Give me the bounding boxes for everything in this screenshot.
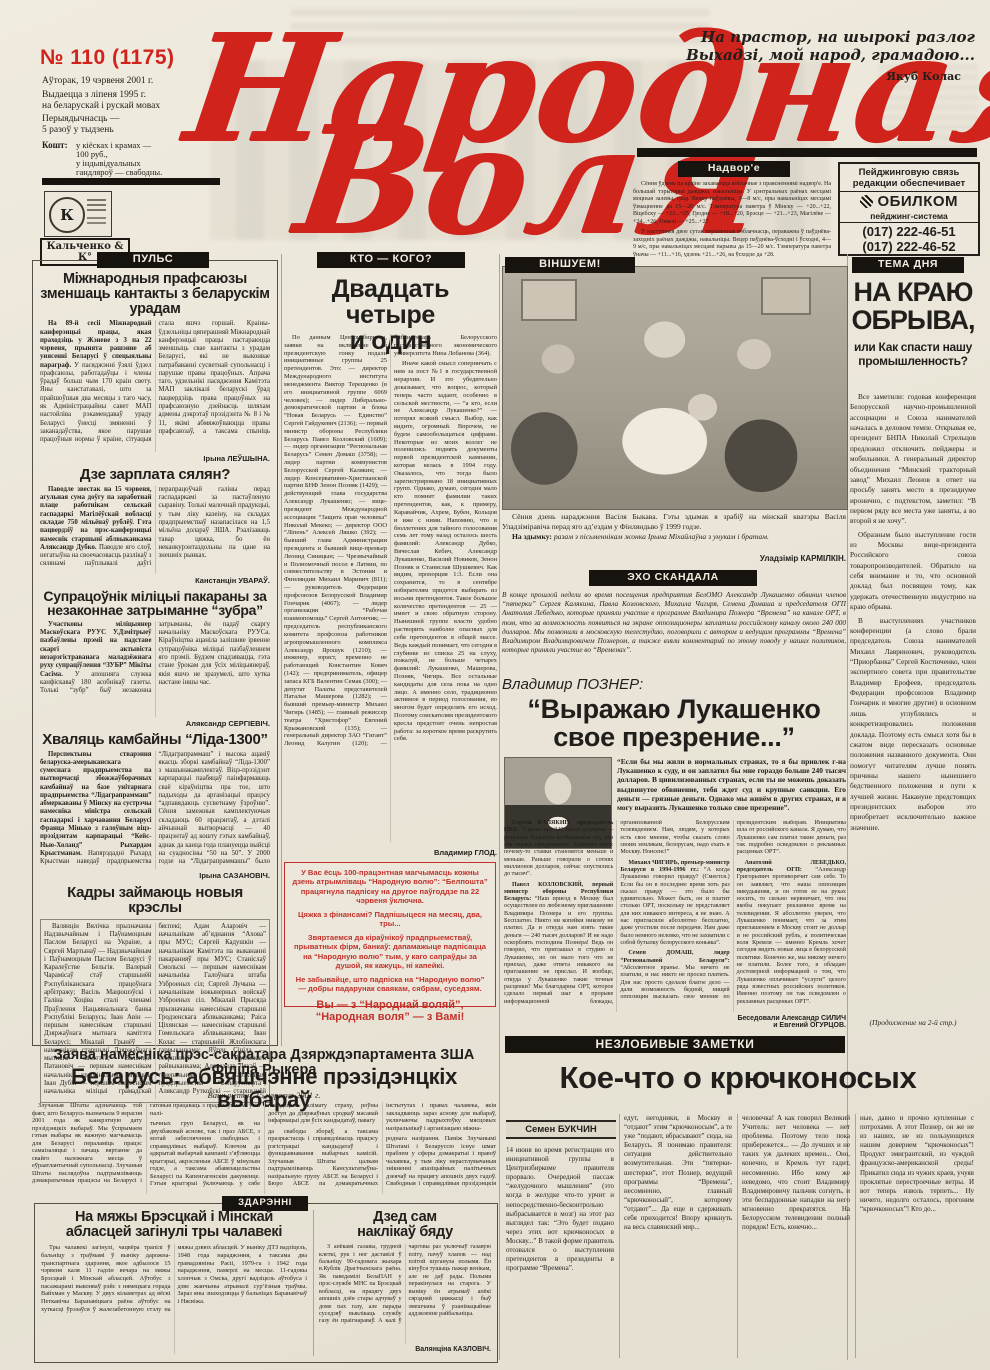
section-label-vinshuem: ВІНШУЕМ! bbox=[505, 257, 635, 273]
article-text: В выступлениях участников конференции (а… bbox=[850, 616, 976, 834]
kalchenko-stamp-icon: К bbox=[49, 197, 85, 233]
notes-title: Кое-что о крючконосых bbox=[500, 1062, 976, 1094]
article-text: З апёкамі галавы, грудной клеткі, рук і … bbox=[319, 1244, 491, 1326]
weather-paragraph: У наступныя двое сутак пераменная воблач… bbox=[633, 229, 831, 257]
zayava-body: Злучаныя Штаты адзначаюць той факт, што … bbox=[32, 1102, 496, 1194]
issue-number: № 110 (1175) bbox=[40, 46, 175, 70]
tema-continued-note: (Продолжение на 2-й стр.) bbox=[850, 1018, 976, 1027]
obilkom-logo-icon bbox=[860, 195, 873, 208]
header-rule-right bbox=[637, 148, 977, 157]
echo-quote: “Если бы мы жили в нормальных странах, т… bbox=[617, 757, 846, 815]
fine-print-lines bbox=[87, 209, 106, 211]
fine-print-lines bbox=[87, 204, 106, 206]
subscription-text: Звяртаемся да кіраўнікоў прадпрыемстваў,… bbox=[291, 933, 489, 971]
subscription-slogan: “Народная воля” — з Вамі! bbox=[291, 1011, 489, 1023]
motto-line: Выхадзі, мой народ, грамадою... bbox=[590, 46, 975, 64]
article-text: Образным было выступление гостя из Москв… bbox=[850, 530, 976, 613]
article-title: Дзед сам наклікаў бяду bbox=[319, 1210, 491, 1240]
weather-text: Сёння ўдзень па краіне захаваецца воблач… bbox=[633, 181, 831, 257]
subscription-text: У Вас ёсць 100-працэнтная магчымасць кож… bbox=[291, 868, 489, 906]
publisher-logo-box: К bbox=[44, 191, 112, 237]
fine-print-lines bbox=[87, 199, 106, 201]
echo-headline-line: свое презрение...” bbox=[502, 723, 846, 751]
photo-caption-text: Сёння дзень нараджэння Васіля Быкава. Гэ… bbox=[502, 512, 846, 532]
section-label-zdarenni: ЗДАРЭННІ bbox=[222, 1196, 308, 1211]
fine-print-lines bbox=[87, 217, 106, 219]
byline: Ірына ЛЕЎШЫНА. bbox=[40, 454, 270, 463]
article-lead: Перспектывы стварэння беларуска-амерыкан… bbox=[40, 751, 152, 857]
subscription-text: Цяжка з фінансамі? Падпішыцеся на месяц,… bbox=[291, 910, 489, 929]
notes-col-4: ные, давно и прочно купленные с потрохам… bbox=[860, 1114, 974, 1358]
byline: Аляксандр СЕРГІЕВІЧ. bbox=[40, 719, 270, 728]
languages-line: на беларускай і рускай мовах bbox=[42, 101, 160, 111]
speaker-name: Семен ДОМАШ, лидер “Региональной Беларус… bbox=[620, 950, 729, 963]
column-rule bbox=[619, 1114, 620, 1358]
periodicity-label: Перыядычнасць — bbox=[42, 114, 119, 124]
title-line: На мяжы Брэсцкай і Мінскай bbox=[41, 1210, 307, 1225]
article-title: Міжнародныя прафсаюзы зменшаць кантакты … bbox=[40, 272, 270, 317]
photo-wall-frame bbox=[521, 279, 577, 321]
article-body: На 89-й сесіі Міжнароднай канферэнцыі пр… bbox=[40, 320, 270, 452]
tema-subtitle: или Как спасти нашу промышленность? bbox=[850, 340, 976, 369]
column-rule bbox=[737, 1114, 738, 1358]
article-body: Участковы міліцыянер Маскоўскага РУУС У.… bbox=[40, 621, 270, 717]
section-label-tema: ТЕМА ДНЯ bbox=[852, 257, 964, 273]
pager-ad: Пейджинговую связь редакции обеспечивает… bbox=[838, 162, 980, 256]
periodicity-value: 5 разоў у тыдзень bbox=[42, 125, 114, 135]
weather-paragraph: Сёння ўдзень па краіне захаваецца воблач… bbox=[633, 181, 831, 226]
section-label-kto-kogo: КТО — КОГО? bbox=[317, 252, 465, 268]
byline: Владимир ГЛОД. bbox=[284, 848, 497, 857]
speaker-quote: “Сказки про 240 тысяч долларов — результ… bbox=[504, 827, 613, 877]
pager-brand: ОБИЛКОМ bbox=[877, 193, 958, 210]
family-photo bbox=[502, 266, 848, 510]
price-label: Кошт: bbox=[42, 140, 68, 150]
echo-headline: “Выражаю Лукашенко свое презрение...” bbox=[502, 695, 846, 752]
kto-kogo-body: По данным Центризбиркома, заявки на вклю… bbox=[284, 334, 497, 842]
price-line: гандляроў — свабодны. bbox=[76, 167, 162, 177]
tema-title-line: НА КРАЮ bbox=[850, 278, 976, 306]
interviewers-line: и Евгений ОГУРЦОВ. bbox=[680, 1022, 846, 1029]
article-lead: Паводле звестак на 15 чэрвеня, агульная … bbox=[40, 486, 152, 551]
article-title: Кадры займаюць новыя крэслы bbox=[40, 885, 270, 916]
title-line: Дзед сам bbox=[319, 1210, 491, 1225]
tema-title-line: ОБРЫВА, bbox=[850, 306, 976, 334]
photo-caption: Сёння дзень нараджэння Васіля Быкава. Гэ… bbox=[502, 512, 846, 542]
published-since: Выдаецца з ліпеня 1995 г. bbox=[42, 90, 146, 100]
motto-author: Якуб Колас bbox=[590, 70, 975, 83]
column-rule bbox=[499, 254, 500, 1360]
weather-label: Надвор'е bbox=[678, 161, 790, 177]
speaker-quote: “Александр Григорьевич противоречит сам … bbox=[737, 867, 846, 1005]
subscription-text: Не забывайце, што падпіска на “Народную … bbox=[291, 975, 489, 994]
kto-kogo-title-line: Двадцать четыре bbox=[284, 276, 497, 328]
echo-intro: В конце прошлой недели во время посещени… bbox=[502, 591, 846, 673]
zdarenni-article-1: На мяжы Брэсцкай і Мінскай абласцей загі… bbox=[41, 1210, 307, 1354]
photo-caption-label: На здымку: bbox=[512, 532, 552, 541]
article-title: Хваляць камбайны “Ліда-1300” bbox=[40, 732, 270, 748]
article-text: Иначе какой смысл соперничать с ним за п… bbox=[394, 360, 497, 743]
column-rule bbox=[281, 254, 282, 1046]
pager-ad-line: редакции обеспечивает bbox=[840, 178, 978, 189]
pager-ad-line: Пейджинговую связь bbox=[840, 167, 978, 178]
issue-date: Аўторак, 19 чэрвеня 2001 г. bbox=[42, 76, 153, 86]
puls-column: Міжнародныя прафсаюзы зменшаць кантакты … bbox=[32, 260, 278, 1046]
article-lead: Участковы міліцыянер Маскоўскага РУУС У.… bbox=[40, 621, 152, 678]
zdarenni-box: На мяжы Брэсцкай і Мінскай абласцей загі… bbox=[34, 1203, 498, 1363]
article-body: Тры чалавекі загінулі, чацвёра трапілі ў… bbox=[41, 1244, 307, 1354]
notes-col-2: едут, негодники, в Москву и “отдают” эти… bbox=[624, 1114, 732, 1358]
article-text: Тры чалавекі загінулі, чацвёра трапілі ў… bbox=[41, 1244, 307, 1313]
article-body: Паводле звестак на 15 чэрвеня, агульная … bbox=[40, 486, 270, 574]
newspaper-front-page: № 110 (1175) Аўторак, 19 чэрвеня 2001 г.… bbox=[0, 0, 990, 1370]
zdarenni-article-2: Дзед сам наклікаў бяду З апёкамі галавы,… bbox=[319, 1210, 491, 1353]
byline: Канстанцін УВАРАЎ. bbox=[40, 576, 270, 585]
photo-caption-detail: разам з пісьменнікам жонка Ірына Міхайла… bbox=[554, 532, 769, 541]
subscription-box: У Вас ёсць 100-працэнтная магчымасць кож… bbox=[284, 862, 496, 1007]
header-rule-left bbox=[42, 178, 220, 185]
tema-body: Все заметили: годовая конференция Белору… bbox=[850, 392, 976, 1020]
section-label-notes: НЕЗЛОБИВЫЕ ЗАМЕТКИ bbox=[505, 1036, 845, 1053]
section-label-puls: ПУЛЬС bbox=[97, 252, 209, 268]
column-rule bbox=[313, 1210, 314, 1356]
notes-author: Семен БУКЧИН bbox=[506, 1122, 616, 1137]
pager-phone: (017) 222-46-51 bbox=[840, 224, 978, 239]
column-rule bbox=[855, 1114, 856, 1358]
echo-speaker: Владимир ПОЗНЕР: bbox=[502, 676, 643, 693]
byline: Валянціна КАЗЛОВІЧ. bbox=[319, 1346, 491, 1353]
interviewers-byline: Беседовали Александр СИЛИЧ и Евгений ОГУ… bbox=[680, 1015, 846, 1029]
article-body: Перспектывы стварэння беларуска-амерыкан… bbox=[40, 751, 270, 869]
tema-title: НА КРАЮ ОБРЫВА, bbox=[850, 278, 976, 334]
fine-print-lines bbox=[87, 222, 106, 224]
photo-wall-frame bbox=[761, 277, 811, 315]
notes-col-3: человечка! А как говорил Великий Учитель… bbox=[742, 1114, 850, 1358]
article-title: Супрацоўнік міліцыі пакараны за незаконн… bbox=[40, 589, 270, 618]
interviewers-line: Беседовали Александр СИЛИЧ bbox=[680, 1015, 846, 1022]
byline: Ірына САЗАНОВІЧ. bbox=[40, 871, 270, 880]
zayava-dateline: Вашынгтон, 15 чэрвеня 2001 г. bbox=[32, 1090, 496, 1100]
motto-line: На прастор, на шырокі разлог bbox=[590, 28, 975, 46]
title-line: абласцей загінулі тры чалавекі bbox=[41, 1225, 307, 1240]
echo-headline-line: “Выражаю Лукашенко bbox=[502, 695, 846, 723]
subscription-slogan: Вы — з “Народнай воляй”, bbox=[291, 999, 489, 1011]
section-label-echo: ЭХО СКАНДАЛА bbox=[589, 570, 757, 586]
motto: На прастор, на шырокі разлог Выхадзі, мо… bbox=[590, 28, 975, 83]
pager-phone: (017) 222-46-52 bbox=[840, 239, 978, 254]
photo-byline: Уладзімір КАРМІЛКІН. bbox=[502, 554, 846, 563]
notes-col-1: 14 июня во время регистрации его инициат… bbox=[506, 1146, 614, 1358]
article-text: Все заметили: годовая конференция Белору… bbox=[850, 392, 976, 527]
article-body: З апёкамі галавы, грудной клеткі, рук і … bbox=[319, 1244, 491, 1344]
pager-system-label: пейджинг-система bbox=[840, 211, 978, 221]
echo-responses: Сергей КАЛЯКИН, председатель ПКБ: “Сказк… bbox=[504, 820, 846, 1012]
notes-author-box: Семен БУКЧИН bbox=[506, 1120, 616, 1139]
title-line: наклікаў бяду bbox=[319, 1225, 491, 1240]
article-title: Дзе зарплата сялян? bbox=[40, 467, 270, 483]
speaker-quote: “А когда Лукашенко говорил правду? (Смее… bbox=[620, 867, 729, 946]
article-title: На мяжы Брэсцкай і Мінскай абласцей загі… bbox=[41, 1210, 307, 1240]
